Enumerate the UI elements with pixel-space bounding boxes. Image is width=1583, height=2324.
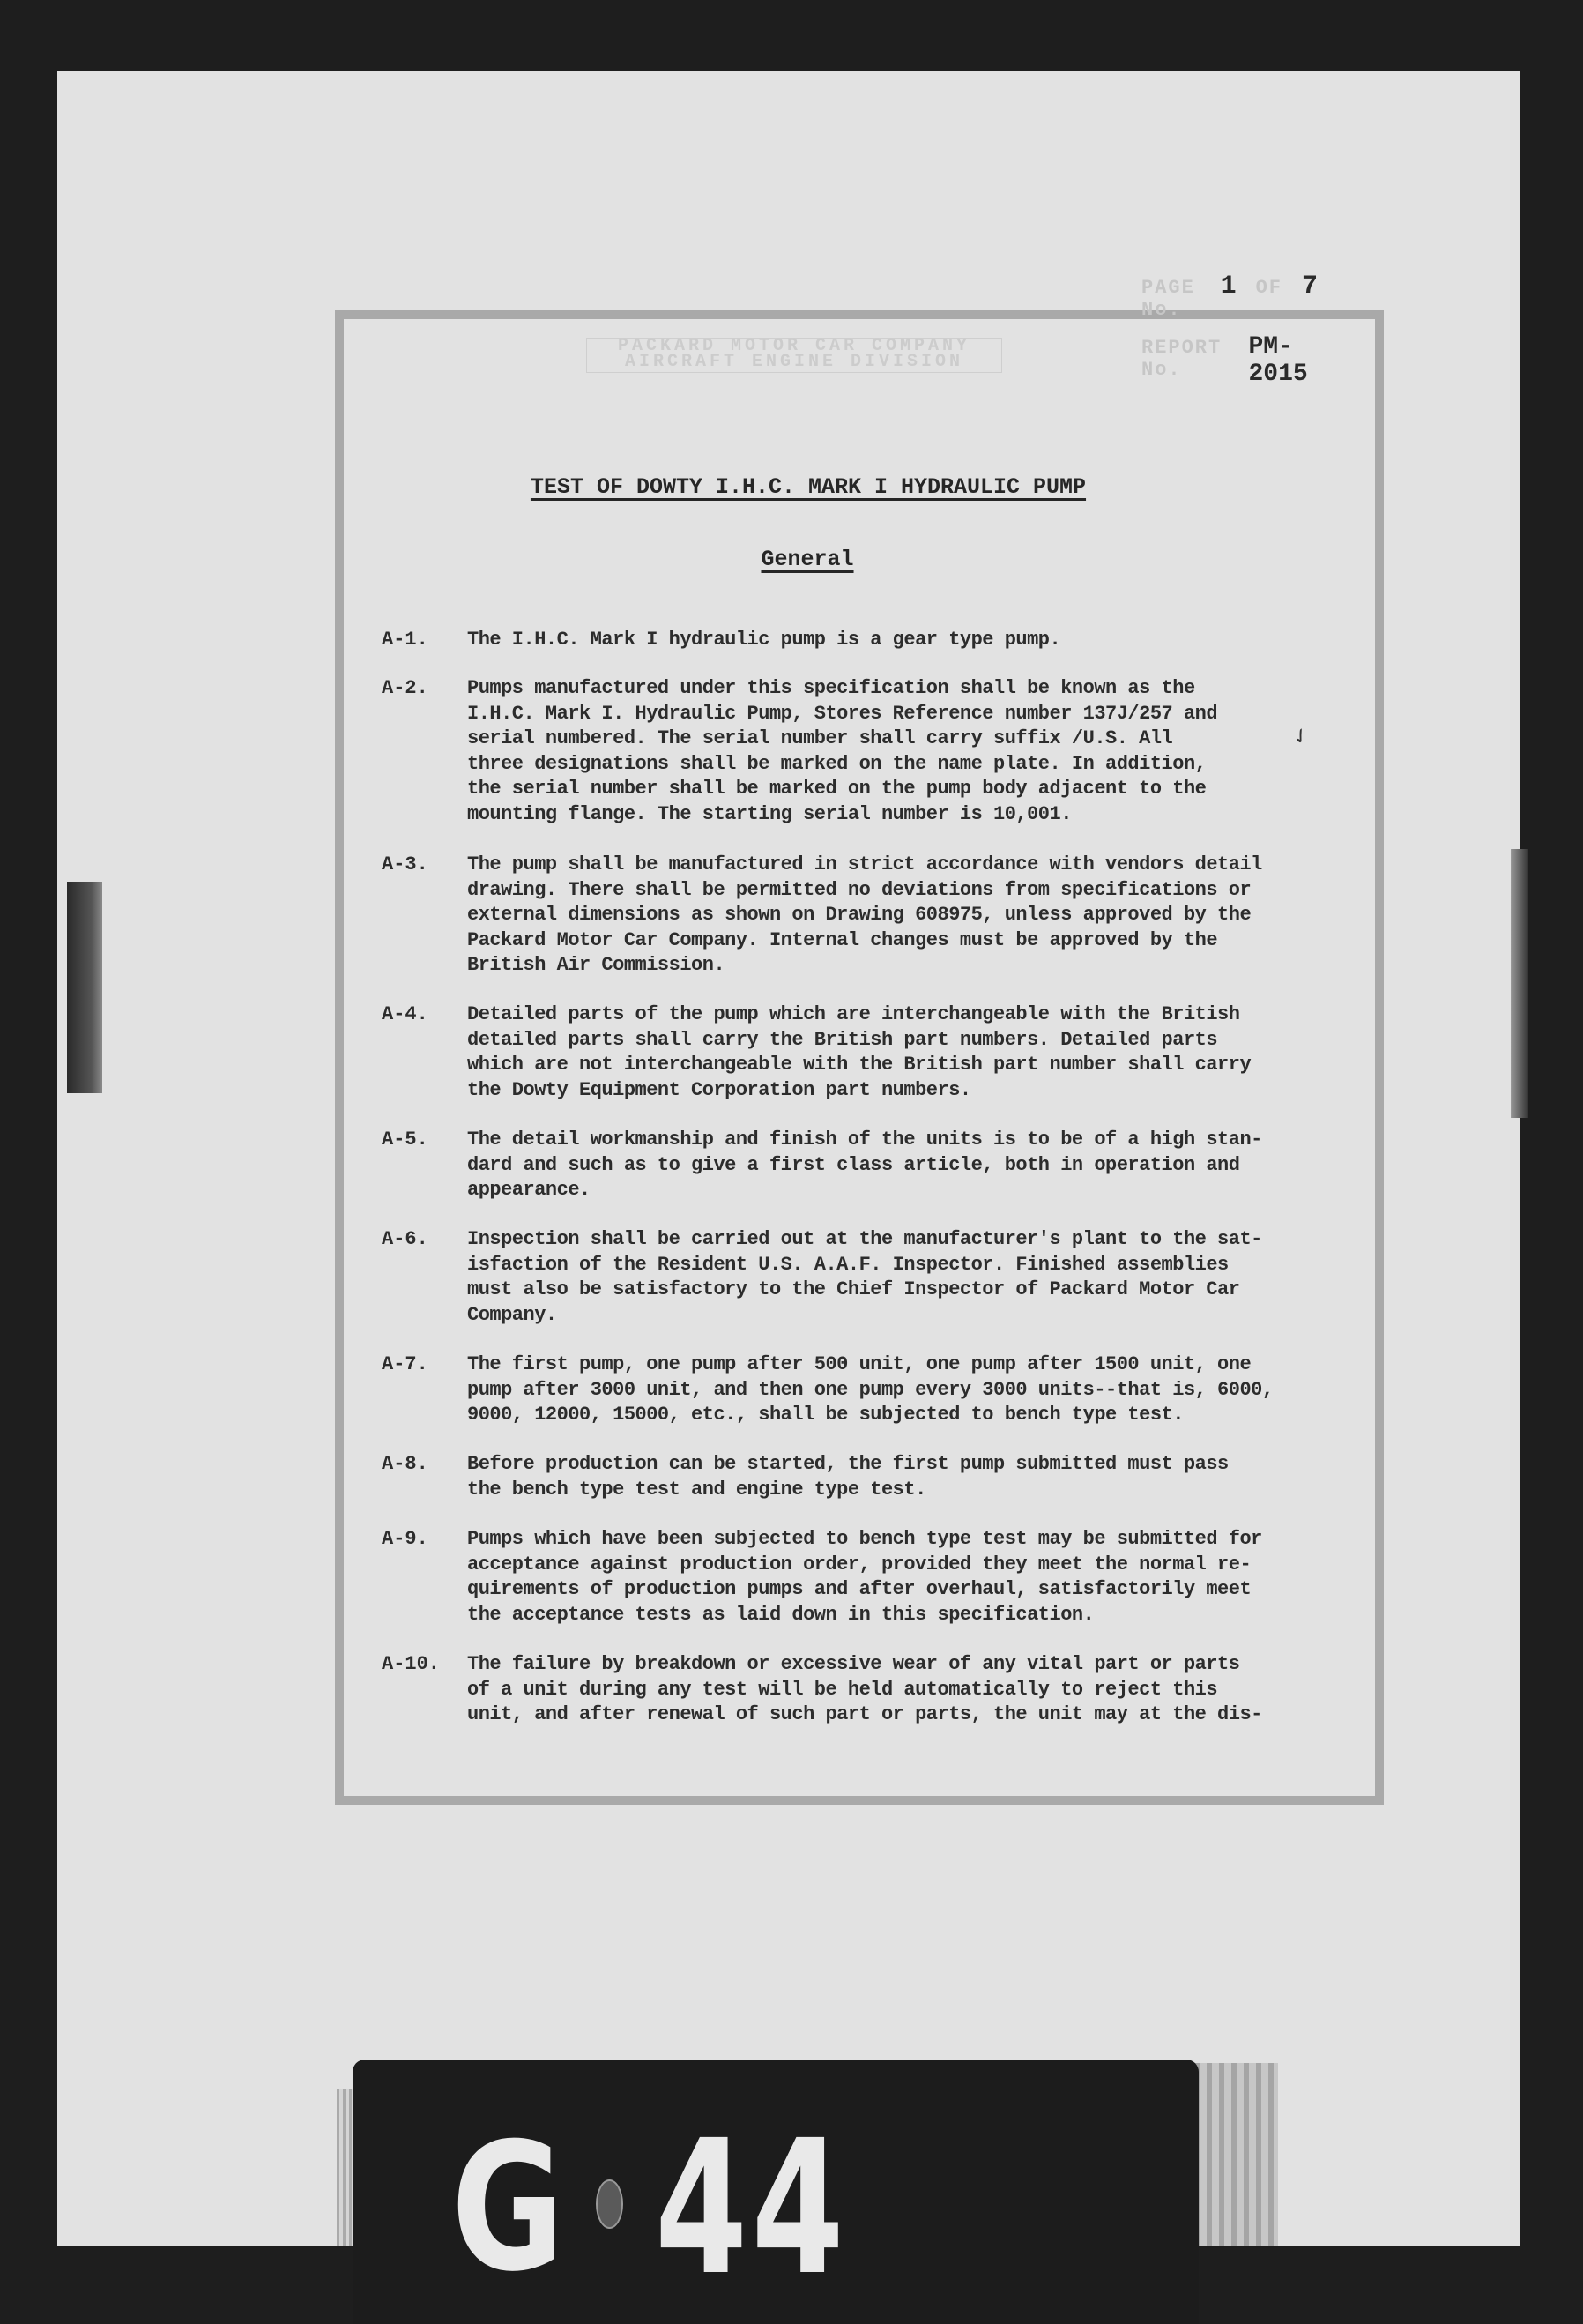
spec-item: A-5. The detail workmanship and finish o… [382,1128,1357,1203]
scan-edge-right [1511,849,1528,1118]
spec-item: A-2. Pumps manufactured under this speci… [382,676,1357,828]
item-text: Pumps manufactured under this specificat… [467,676,1357,828]
item-text: Inspection shall be carried out at the m… [467,1227,1357,1328]
item-text: The first pump, one pump after 500 unit,… [467,1352,1357,1428]
item-label: A-2. [382,676,467,828]
page-header: PAGE No. 1 OF 7 REPORT No. PM-2015 [1141,272,1318,388]
spec-item: A-1. The I.H.C. Mark I hydraulic pump is… [382,628,1357,653]
page-total: 7 [1302,272,1318,302]
item-label: A-9. [382,1527,467,1628]
plate-dot-icon [596,2179,623,2229]
spec-item: A-10. The failure by breakdown or excess… [382,1652,1357,1728]
of-label: OF [1256,277,1282,299]
item-text: Before production can be started, the fi… [467,1452,1357,1502]
report-label: REPORT No. [1141,337,1230,381]
item-label: A-7. [382,1352,467,1428]
item-label: A-6. [382,1227,467,1328]
item-text: The detail workmanship and finish of the… [467,1128,1357,1203]
item-text: The pump shall be manufactured in strict… [467,853,1357,979]
plate-number: 44 [655,2116,848,2301]
plate-shadow-left [337,2089,354,2246]
item-label: A-4. [382,1002,467,1103]
page-number: 1 [1221,272,1237,302]
spec-item: A-4. Detailed parts of the pump which ar… [382,1002,1357,1103]
spec-item: A-8. Before production can be started, t… [382,1452,1357,1502]
spec-item: A-9. Pumps which have been subjected to … [382,1527,1357,1628]
item-text: Pumps which have been subjected to bench… [467,1527,1357,1628]
spec-item: A-3. The pump shall be manufactured in s… [382,853,1357,979]
item-label: A-5. [382,1128,467,1203]
item-text: The failure by breakdown or excessive we… [467,1652,1357,1728]
spec-item: A-7. The first pump, one pump after 500 … [382,1352,1357,1428]
section-heading: General [0,547,1583,572]
item-label: A-1. [382,628,467,653]
document-title: TEST OF DOWTY I.H.C. MARK I HYDRAULIC PU… [0,474,1583,500]
page-label: PAGE No. [1141,277,1201,321]
spec-item: A-6. Inspection shall be carried out at … [382,1227,1357,1328]
item-label: A-3. [382,853,467,979]
report-number: PM-2015 [1248,333,1318,388]
page-count: PAGE No. 1 OF 7 [1141,272,1318,321]
report-number-line: REPORT No. PM-2015 [1141,333,1318,388]
scan-edge-left [67,882,102,1093]
plate-letter: G [451,2120,527,2297]
item-label: A-10. [382,1652,467,1728]
item-text: The I.H.C. Mark I hydraulic pump is a ge… [467,628,1357,653]
film-id-label: G 44 [353,2098,1297,2319]
item-text: Detailed parts of the pump which are int… [467,1002,1357,1103]
item-label: A-8. [382,1452,467,1502]
